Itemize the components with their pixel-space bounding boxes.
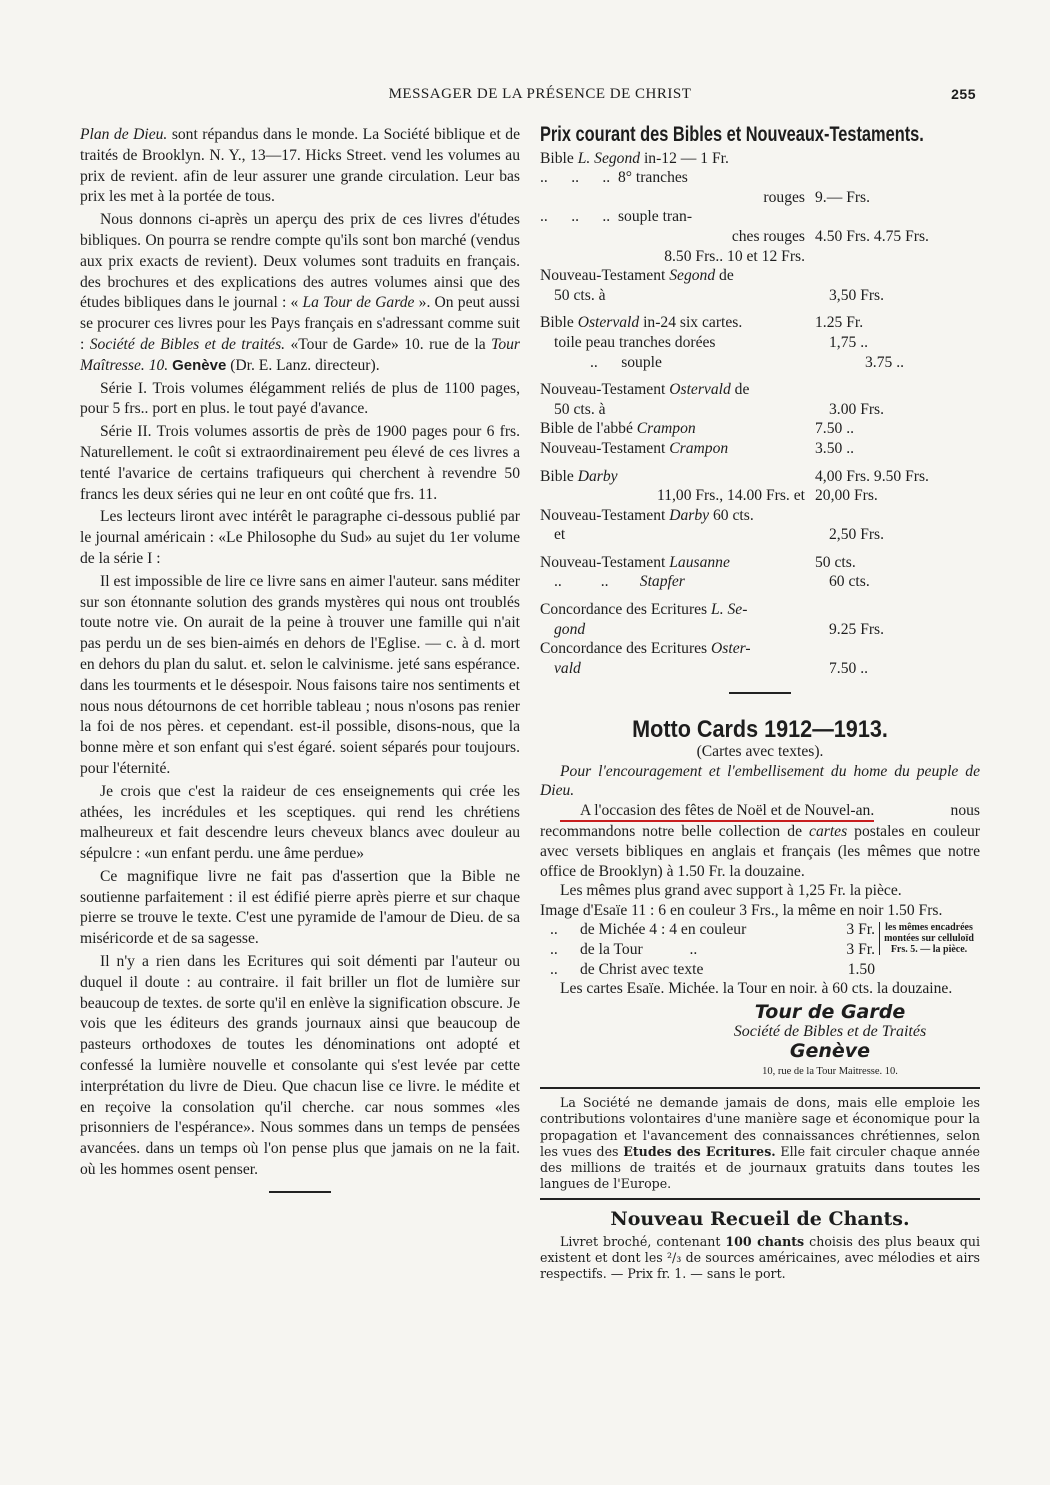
price-item-label: .. .. Stapfer (540, 572, 819, 592)
card-price: 3 Fr. (815, 940, 875, 960)
society-name: Société de Bibles et de traités. (90, 336, 285, 353)
text: 50 cts. à (554, 401, 606, 418)
price-row: Nouveau-Testament Segond de (540, 266, 980, 286)
text: .. .. .. souple tran- (540, 208, 692, 225)
price-row: Bible L. Segond in-12 — 1 Fr. (540, 149, 980, 169)
text: .. .. .. 8° tranches (540, 169, 688, 186)
card-ditto: .. (540, 960, 580, 980)
text: Nouveau-Testament (540, 440, 669, 457)
price-row: gond9.25 Frs. (540, 620, 980, 640)
price-value (805, 207, 980, 227)
price-value: 9.25 Frs. (819, 620, 980, 640)
price-item-label: Concordance des Ecritures L. Se- (540, 600, 805, 620)
price-value (805, 380, 980, 400)
price-value (805, 168, 980, 188)
price-value (805, 639, 980, 659)
price-value: 3,50 Frs. (819, 286, 980, 306)
price-row: .. .. .. 8° tranches (540, 168, 980, 188)
text: Bible (540, 150, 578, 167)
price-item-label: 50 cts. à (540, 286, 819, 306)
price-item-label: et (540, 525, 819, 545)
price-item-label: .. souple (540, 353, 855, 373)
society-notice: La Société ne demande jamais de dons, ma… (540, 1095, 980, 1192)
signature-city: Genève (540, 1042, 980, 1062)
quote-paragraph: Il n'y a rien dans les Ecritures qui soi… (80, 952, 520, 1181)
price-item-label: Bible Darby (540, 467, 805, 487)
price-value (805, 149, 980, 169)
price-row: Nouveau-Testament Ostervald de (540, 380, 980, 400)
price-row: .. .. Stapfer60 cts. (540, 572, 980, 592)
text: Bible de l'abbé (540, 420, 637, 437)
price-item-label: 50 cts. à (540, 400, 819, 420)
price-item-label: 11,00 Frs., 14.00 Frs. et (540, 486, 805, 506)
price-row: Nouveau-Testament Lausanne50 cts. (540, 553, 980, 573)
text: Concordance des Ecritures (540, 640, 711, 657)
price-item-label: gond (540, 620, 819, 640)
journal-name: La Tour de Garde (303, 294, 415, 311)
card-item: ..de Christ avec texte1.50 (540, 960, 875, 980)
price-value (805, 247, 980, 267)
price-row: vald7.50 .. (540, 659, 980, 679)
card-ditto: .. (540, 920, 580, 940)
text: Bible (540, 314, 578, 331)
motto-intro: Pour l'encouragement et l'embellisement … (540, 762, 980, 801)
price-row: 50 cts. à3,50 Frs. (540, 286, 980, 306)
card-item: ..de la Tour ..3 Fr. (540, 940, 875, 960)
divider (540, 1198, 980, 1200)
text: Nouveau-Testament (540, 267, 669, 284)
text: Oster- (711, 640, 751, 657)
text: 50 cts. à (554, 287, 606, 304)
text: rouges (763, 189, 805, 206)
price-row: 11,00 Frs., 14.00 Frs. et20,00 Frs. (540, 486, 980, 506)
divider (540, 1087, 980, 1089)
text: Stapfer (640, 573, 685, 590)
text: Nouveau-Testament (540, 554, 669, 571)
price-value (805, 506, 980, 526)
text: 8.50 Frs.. 10 et 12 Frs. (664, 248, 805, 265)
text: de (731, 381, 750, 398)
price-item-label: .. .. .. 8° tranches (540, 168, 805, 188)
price-row: et2,50 Frs. (540, 525, 980, 545)
price-value: 3.50 .. (805, 439, 980, 459)
card-price: 1.50 (815, 960, 875, 980)
card-text: de la Tour .. (580, 940, 815, 960)
card-item: ..de Michée 4 : 4 en couleur3 Fr. (540, 920, 875, 940)
text: ches rouges (732, 228, 805, 245)
price-value: 3.00 Frs. (819, 400, 980, 420)
left-column: Plan de Dieu. sont répandus dans le mond… (80, 125, 520, 1193)
price-row: Nouveau-Testament Darby 60 cts. (540, 506, 980, 526)
price-value: 1,75 .. (819, 333, 980, 353)
text: in-12 — 1 Fr. (640, 150, 729, 167)
text: L. Se- (711, 601, 747, 618)
text: Concordance des Ecritures (540, 601, 711, 618)
page-number: 255 (951, 86, 976, 102)
text: Darby (669, 507, 709, 524)
price-value: 1.25 Fr. (805, 313, 980, 333)
card-price: 3 Fr. (815, 920, 875, 940)
text: Nouveau-Testament (540, 507, 669, 524)
price-item-label: Nouveau-Testament Ostervald de (540, 380, 805, 400)
text: .. .. (554, 573, 640, 590)
paragraph: Série I. Trois volumes élégamment reliés… (80, 379, 520, 421)
price-value: 3.75 .. (855, 353, 980, 373)
card-ditto: .. (540, 940, 580, 960)
price-row: Concordance des Ecritures L. Se- (540, 600, 980, 620)
price-item-label: toile peau tranches dorées (540, 333, 819, 353)
price-value: 50 cts. (805, 553, 980, 573)
text: Bible (540, 468, 578, 485)
motto-paragraph: Les mêmes plus grand avec support à 1,25… (540, 881, 980, 901)
section-divider (729, 692, 791, 694)
quote-paragraph: Ce magnifique livre ne fait pas d'assert… (80, 867, 520, 950)
price-list: Bible L. Segond in-12 — 1 Fr... .. .. 8°… (540, 149, 980, 679)
paragraph: Série II. Trois volumes assortis de près… (80, 422, 520, 505)
price-row: .. .. .. souple tran- (540, 207, 980, 227)
chants-heading: Nouveau Recueil de Chants. (540, 1210, 980, 1230)
text: (Dr. E. Lanz. directeur). (226, 357, 379, 374)
text: 60 cts. (709, 507, 754, 524)
price-item-label: ches rouges (540, 227, 805, 247)
text: L. Segond (578, 150, 640, 167)
section-divider (269, 1191, 331, 1193)
price-value (805, 266, 980, 286)
text: in-24 six cartes. (639, 314, 742, 331)
framed-note: les mêmes encadrées montées sur celluloï… (879, 922, 974, 955)
price-item-label: Nouveau-Testament Segond de (540, 266, 805, 286)
card-list: ..de Michée 4 : 4 en couleur3 Fr...de la… (540, 920, 875, 979)
signature-name: Tour de Garde (540, 1003, 980, 1023)
city-name: Genève (172, 357, 226, 374)
underlined-text: A l'occasion des fêtes de Noël et de Nou… (560, 801, 874, 823)
price-row: Bible Darby4,00 Frs. 9.50 Frs. (540, 467, 980, 487)
signature-society: Société de Bibles et de Traités (540, 1022, 980, 1042)
price-item-label: Bible de l'abbé Crampon (540, 419, 805, 439)
text: vald (554, 660, 581, 677)
price-value: 4,00 Frs. 9.50 Frs. (805, 467, 980, 487)
price-value: 20,00 Frs. (805, 486, 980, 506)
card-price-group: ..de Michée 4 : 4 en couleur3 Fr...de la… (540, 920, 980, 979)
card-text: de Christ avec texte (580, 960, 815, 980)
price-item-label: Bible L. Segond in-12 — 1 Fr. (540, 149, 805, 169)
price-value: 9.— Frs. (805, 188, 980, 208)
price-value: 2,50 Frs. (819, 525, 980, 545)
price-item-label: .. .. .. souple tran- (540, 207, 805, 227)
paragraph: Plan de Dieu. sont répandus dans le mond… (80, 125, 520, 208)
price-row: Concordance des Ecritures Oster- (540, 639, 980, 659)
paragraph: Les lecteurs liront avec intérêt le para… (80, 507, 520, 569)
price-row: Nouveau-Testament Crampon3.50 .. (540, 439, 980, 459)
price-value: 7.50 .. (819, 659, 980, 679)
motto-paragraph: Les cartes Esaïe. Michée. la Tour en noi… (540, 979, 980, 999)
text: Lausanne (669, 554, 730, 571)
text: Segond (669, 267, 715, 284)
running-header: MESSAGER DE LA PRÉSENCE DE CHRIST 255 (60, 86, 990, 108)
text: 100 chants (725, 1234, 804, 1249)
text: Darby (578, 468, 618, 485)
motto-paragraph: Image d'Esaïe 11 : 6 en couleur 3 Frs., … (540, 901, 980, 921)
text: Nouveau-Testament (540, 381, 669, 398)
text: Pour l'encouragement et l'embellisement … (540, 763, 980, 800)
price-item-label: Bible Ostervald in-24 six cartes. (540, 313, 805, 333)
price-value: 7.50 .. (805, 419, 980, 439)
signature-block: Tour de Garde Société de Bibles et de Tr… (540, 1003, 980, 1081)
price-row: Bible de l'abbé Crampon7.50 .. (540, 419, 980, 439)
price-row: ches rouges4.50 Frs. 4.75 Frs. (540, 227, 980, 247)
price-row: rouges9.— Frs. (540, 188, 980, 208)
text: cartes (809, 823, 847, 840)
text: toile peau tranches dorées (554, 334, 716, 351)
price-row: .. souple3.75 .. (540, 353, 980, 373)
text: Crampon (669, 440, 728, 457)
motto-paragraph: A l'occasion des fêtes de Noël et de Nou… (540, 801, 980, 881)
price-item-label: rouges (540, 188, 805, 208)
text: Ostervald (669, 381, 731, 398)
motto-cards-subtitle: (Cartes avec textes). (540, 742, 980, 762)
text: gond (554, 621, 585, 638)
price-list-heading: Prix courant des Bibles et Nouveaux-Test… (540, 125, 883, 145)
text: 11,00 Frs., 14.00 Frs. et (657, 487, 805, 504)
price-item-label: vald (540, 659, 819, 679)
price-item-label: Nouveau-Testament Lausanne (540, 553, 805, 573)
paragraph: Nous donnons ci-après un aperçu des prix… (80, 210, 520, 376)
price-row: 8.50 Frs.. 10 et 12 Frs. (540, 247, 980, 267)
price-item-label: Concordance des Ecritures Oster- (540, 639, 805, 659)
price-item-label: Nouveau-Testament Darby 60 cts. (540, 506, 805, 526)
price-row: Bible Ostervald in-24 six cartes.1.25 Fr… (540, 313, 980, 333)
text: «Tour de Garde» 10. rue de la (285, 336, 491, 353)
price-value: 4.50 Frs. 4.75 Frs. (805, 227, 980, 247)
text: Crampon (637, 420, 696, 437)
text: .. souple (590, 354, 662, 371)
signature-address: 10, rue de la Tour Maitresse. 10. (540, 1062, 980, 1082)
quote-paragraph: Je crois que c'est la raideur de ces ens… (80, 782, 520, 865)
text: et (554, 526, 565, 543)
price-row: 50 cts. à3.00 Frs. (540, 400, 980, 420)
price-item-label: 8.50 Frs.. 10 et 12 Frs. (540, 247, 805, 267)
motto-cards-heading: Motto Cards 1912—1913. (562, 720, 958, 740)
text: de (715, 267, 734, 284)
text: Ostervald (578, 314, 640, 331)
journal-title: MESSAGER DE LA PRÉSENCE DE CHRIST (60, 86, 990, 103)
text: Etudes des Ecritures. (623, 1144, 775, 1159)
text: Livret broché, contenant (560, 1234, 725, 1249)
book-title: Plan de Dieu. (80, 126, 167, 143)
price-row: toile peau tranches dorées1,75 .. (540, 333, 980, 353)
chants-description: Livret broché, contenant 100 chants choi… (540, 1234, 980, 1282)
right-column: Prix courant des Bibles et Nouveaux-Test… (540, 125, 980, 1282)
quote-paragraph: Il est impossible de lire ce livre sans … (80, 572, 520, 780)
price-value (805, 600, 980, 620)
price-value: 60 cts. (819, 572, 980, 592)
price-item-label: Nouveau-Testament Crampon (540, 439, 805, 459)
card-text: de Michée 4 : 4 en couleur (580, 920, 815, 940)
